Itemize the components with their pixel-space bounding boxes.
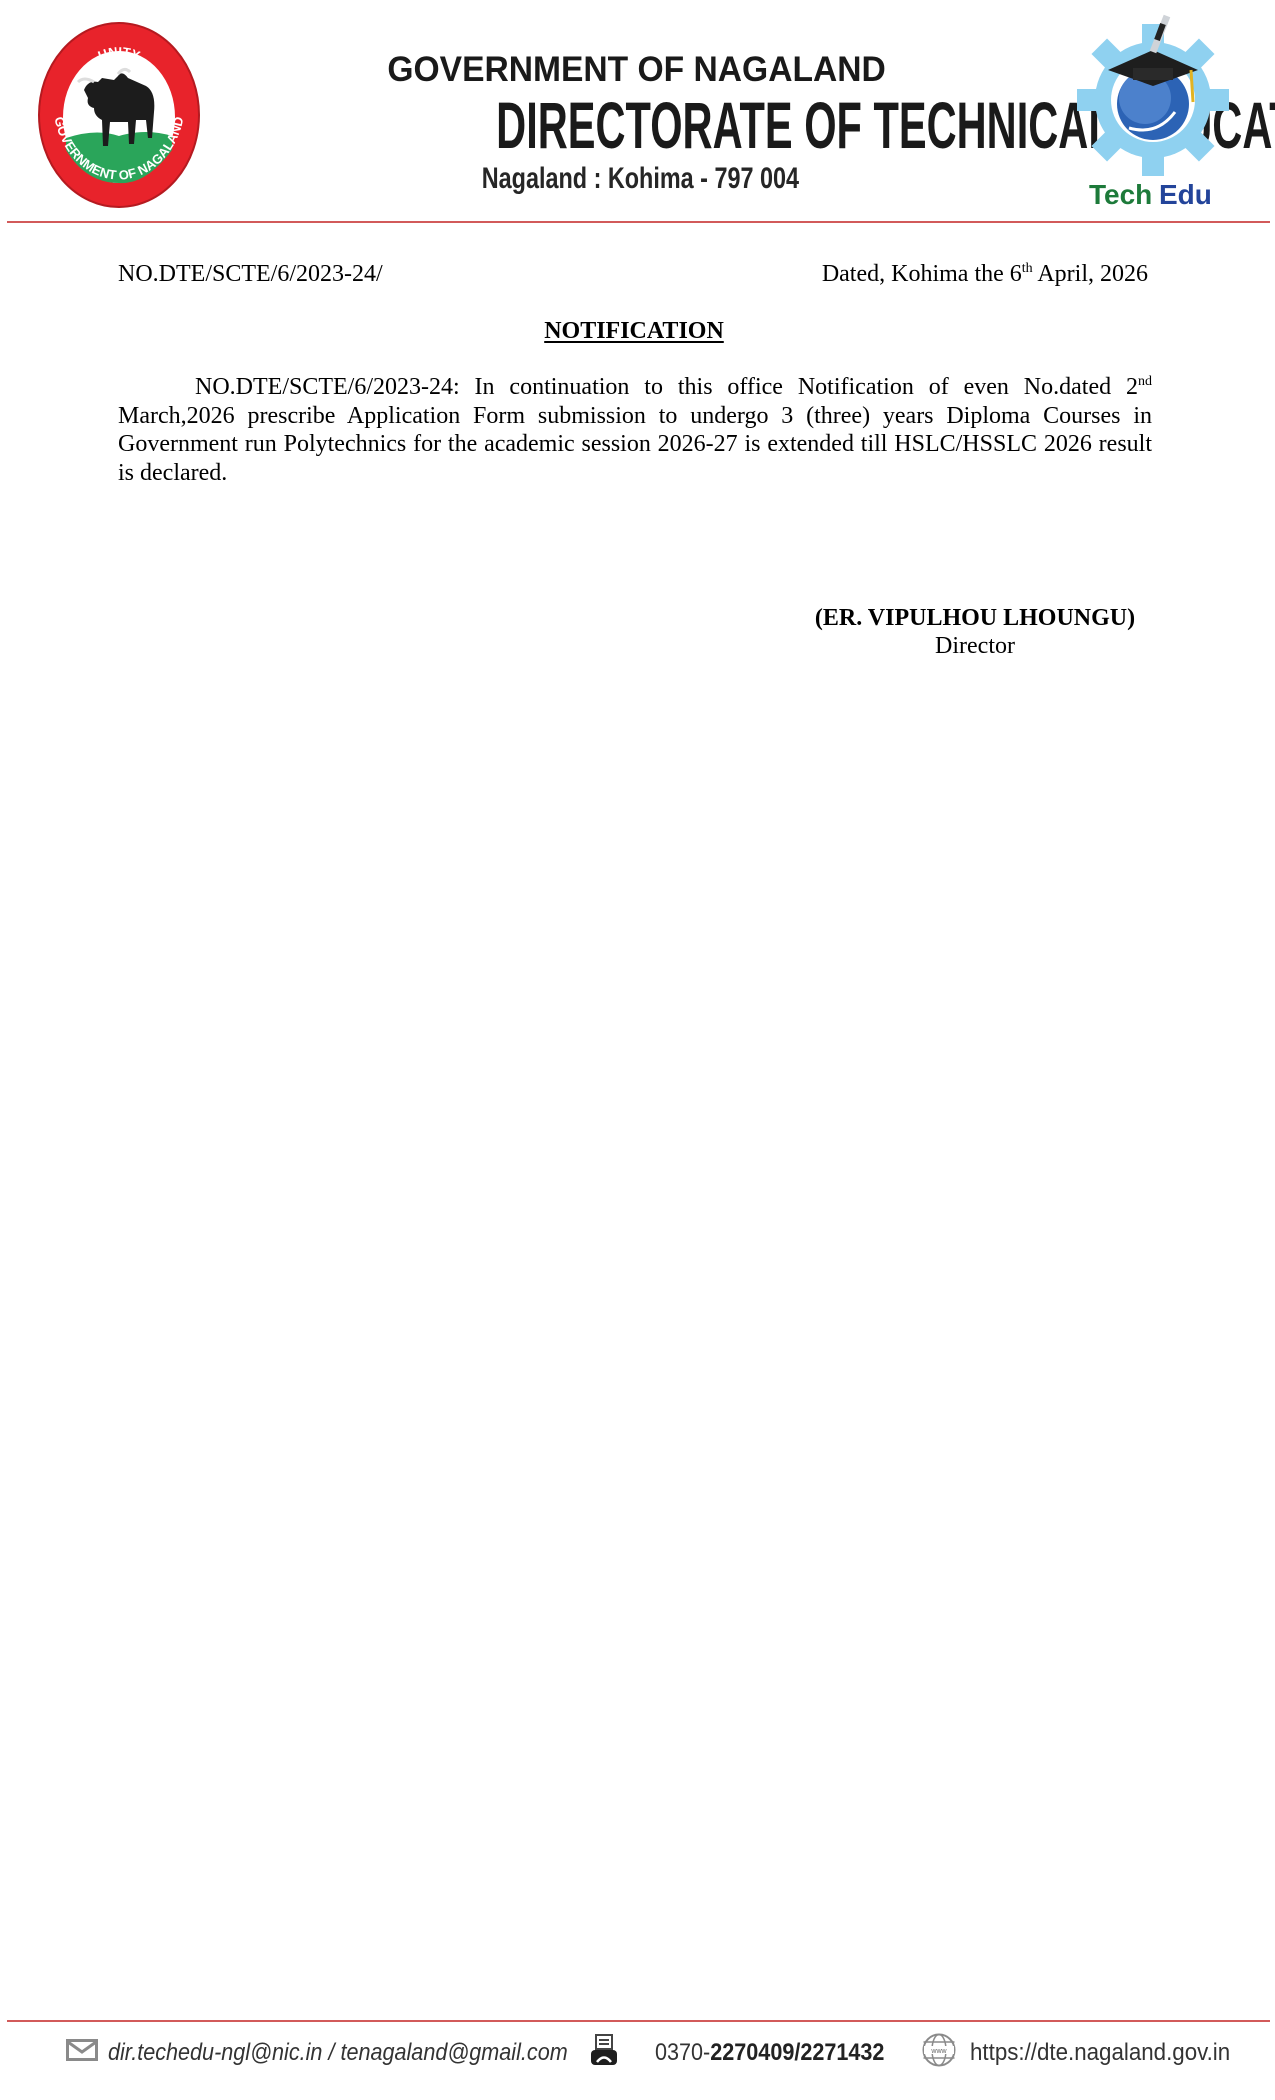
telephone-icon xyxy=(590,2034,618,2073)
svg-text:www: www xyxy=(930,2048,947,2055)
svg-text:Edu: Edu xyxy=(1159,179,1212,210)
footer-phone: 0370-2270409/2271432 xyxy=(590,2037,910,2069)
footer-email: dir.techedu-ngl@nic.in / tenagaland@gmai… xyxy=(66,2037,619,2069)
notification-title: NOTIFICATION xyxy=(0,316,1268,346)
globe-www-icon: www xyxy=(922,2033,956,2074)
footer-divider xyxy=(7,2020,1270,2022)
government-of-nagaland-seal-icon: UNITY GOVERNMENT OF NAGALAND xyxy=(36,20,202,210)
svg-text:Tech: Tech xyxy=(1089,179,1152,210)
phone-numbers[interactable]: 0370-2270409/2271432 xyxy=(655,2039,884,2067)
website-link[interactable]: https://dte.nagaland.gov.in xyxy=(970,2039,1230,2067)
directorate-heading: DIRECTORATE OF TECHNICAL EDUCATION xyxy=(240,92,1030,158)
tech-edu-gear-globe-icon: Tech Edu xyxy=(1075,8,1235,213)
signatory-name: (ER. VIPULHOU LHOUNGU) xyxy=(790,604,1160,632)
office-address: Nagaland : Kohima - 797 004 xyxy=(437,162,823,196)
mail-icon xyxy=(66,2039,98,2068)
tech-edu-logo: Tech Edu xyxy=(1075,8,1235,213)
government-heading: GOVERNMENT OF NAGALAND xyxy=(374,50,899,90)
signatory-designation: Director xyxy=(790,632,1160,660)
email-addresses[interactable]: dir.techedu-ngl@nic.in / tenagaland@gmai… xyxy=(108,2039,568,2067)
reference-number: NO.DTE/SCTE/6/2023-24/ xyxy=(118,259,383,289)
document-date: Dated, Kohima the 6th April, 2026 xyxy=(822,259,1148,289)
footer-website: www https://dte.nagaland.gov.in xyxy=(922,2037,1250,2069)
letterhead-divider xyxy=(7,221,1270,223)
notification-body: NO.DTE/SCTE/6/2023-24: In continuation t… xyxy=(118,373,1152,487)
